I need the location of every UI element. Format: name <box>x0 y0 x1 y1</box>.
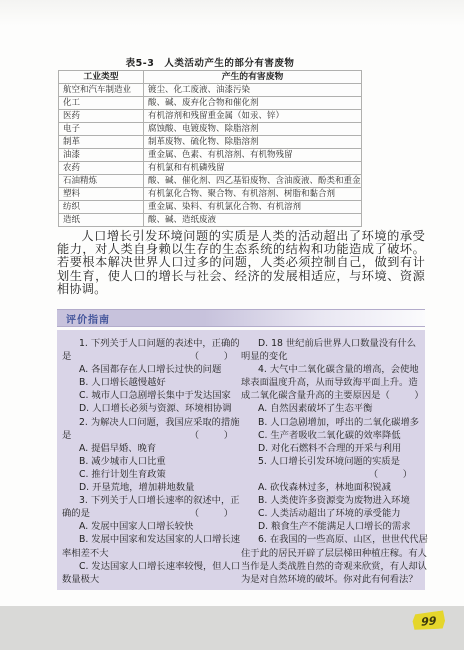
table-row: 农药有机氯和有机磷残留 <box>59 162 362 175</box>
question-line: D. 开垦荒地，增加耕地数量 <box>62 481 241 494</box>
question-text: 5. 人口增长引发环境问题的实质是 <box>241 455 400 468</box>
waste-cell: 腐蚀酸、电镀废物、除脂溶剂 <box>144 123 362 136</box>
question-text: D. 对化石燃料不合理的开采与利用 <box>241 442 401 455</box>
question-text: B. 人类使许多资源变为废物进入环境 <box>241 494 410 507</box>
questions-col-right: D. 18 世纪前后世界人口数量没有什么明显的变化4. 大气中二氧化碳含量的增高… <box>241 337 420 590</box>
table-caption: 表5-3 人类活动产生的部分有害废物 <box>58 55 362 69</box>
question-line: B. 人口急剧增加，呼出的二氧化碳增多 <box>241 416 420 429</box>
table-row: 石油精炼酸、碱、催化剂、四乙基铅废物、含油废液、酚类和重金属 <box>59 175 362 188</box>
page-number: 99 <box>421 614 436 629</box>
question-text: 6. 在我国的一些高原、山区，世世代代居 <box>241 533 428 546</box>
question-line: C. 城市人口急剧增长集中于发达国家 <box>62 389 241 402</box>
question-line: B. 人口增长越慢越好 <box>62 376 241 389</box>
question-text: C. 人类活动超出了环境的承受能力 <box>241 507 401 520</box>
question-text: B. 发展中国家和发达国家的人口增长速 <box>62 533 240 546</box>
question-line: 率相差不大 <box>62 547 241 560</box>
answer-bracket: （ ） <box>190 429 235 442</box>
table-row: 纺织重金属、染料、有机氯化合物、有机溶剂 <box>59 201 362 214</box>
question-line: （ ） <box>241 468 420 481</box>
question-line: C. 生产者吸收二氧化碳的效率降低 <box>241 429 420 442</box>
question-line: C. 人类活动超出了环境的承受能力 <box>241 507 420 520</box>
question-text: 明显的变化 <box>241 350 288 363</box>
question-line: 6. 在我国的一些高原、山区，世世代代居 <box>241 533 420 546</box>
question-text: 确的是 <box>62 507 90 520</box>
industry-cell: 石油精炼 <box>59 175 144 188</box>
industry-cell: 油漆 <box>59 149 144 162</box>
waste-cell: 酸、碱、催化剂、四乙基铅废物、含油废液、酚类和重金属 <box>144 175 362 188</box>
question-text: 成二氧化碳含量升高的主要原因是 <box>241 389 380 402</box>
question-line: D. 粮食生产不能满足人口增长的需求 <box>241 520 420 533</box>
question-line: 住于此的居民开辟了层层梯田种植庄稼。有人 <box>241 547 420 560</box>
assessment-panel: 1. 下列关于人口问题的表述中，正确的是（ ）A. 各国都存在人口增长过快的问题… <box>57 330 425 590</box>
table-row: 化工酸、碱、废弃化合物和催化剂 <box>59 97 362 110</box>
industry-cell: 制革 <box>59 136 144 149</box>
question-text: 当作是人类战胜自然的奇观来欣赏，有人却认 <box>241 560 427 573</box>
question-line: B. 减少城市人口比重 <box>62 455 241 468</box>
question-line: 明显的变化 <box>241 350 420 363</box>
question-line: 当作是人类战胜自然的奇观来欣赏，有人却认 <box>241 560 420 573</box>
question-line: D. 18 世纪前后世界人口数量没有什么 <box>241 337 420 350</box>
question-text: 1. 下列关于人口问题的表述中，正确的 <box>62 337 240 350</box>
book-page: 表5-3 人类活动产生的部分有害废物 工业类型 产生的有害废物 航空和汽车制造业… <box>0 0 464 650</box>
question-text: C. 生产者吸收二氧化碳的效率降低 <box>241 429 401 442</box>
question-line: 是（ ） <box>62 429 241 442</box>
question-line: C. 发达国家人口增长速率较慢，但人口 <box>62 560 241 573</box>
question-line: B. 发展中国家和发达国家的人口增长速 <box>62 533 241 546</box>
question-line: 2. 为解决人口问题，我国应采取的措施 <box>62 416 241 429</box>
table-header-row: 工业类型 产生的有害废物 <box>59 71 362 84</box>
answer-bracket: （ ） <box>369 468 414 481</box>
question-line: 4. 大气中二氧化碳含量的增高，会使地 <box>241 363 420 376</box>
industry-cell: 农药 <box>59 162 144 175</box>
question-line: 数量极大 <box>62 573 241 586</box>
waste-cell: 有机氯化合物、聚合物、有机溶剂、树脂和黏合剂 <box>144 188 362 201</box>
question-line: A. 发展中国家人口增长较快 <box>62 520 241 533</box>
waste-cell: 有机氯和有机磷残留 <box>144 162 362 175</box>
waste-cell: 重金属、色素、有机溶剂、有机物残留 <box>144 149 362 162</box>
question-text: B. 人口急剧增加，呼出的二氧化碳增多 <box>241 416 419 429</box>
question-line: A. 各国都存在人口增长过快的问题 <box>62 363 241 376</box>
question-text: A. 提倡早婚、晚育 <box>62 442 156 455</box>
table-row: 油漆重金属、色素、有机溶剂、有机物残留 <box>59 149 362 162</box>
table-row: 医药有机溶剂和残留重金属（如汞、锌） <box>59 110 362 123</box>
question-line: D. 对化石燃料不合理的开采与利用 <box>241 442 420 455</box>
table-row: 制革制革废物、硫化物、除脂溶剂 <box>59 136 362 149</box>
question-text: C. 发达国家人口增长速率较慢，但人口 <box>62 560 240 573</box>
answer-bracket: （ ） <box>380 389 425 402</box>
question-line: 3. 下列关于人口增长速率的叙述中，正 <box>62 494 241 507</box>
question-line: 确的是（ ） <box>62 507 241 520</box>
waste-cell: 酸、碱、废弃化合物和催化剂 <box>144 97 362 110</box>
table-row: 造纸酸、碱、造纸废液 <box>59 214 362 227</box>
table-row: 电子腐蚀酸、电镀废物、除脂溶剂 <box>59 123 362 136</box>
waste-table-body: 航空和汽车制造业镀尘、化工废液、油漆污染化工酸、碱、废弃化合物和催化剂医药有机溶… <box>59 84 362 227</box>
intro-paragraph: 人口增长引发环境问题的实质是人类的活动超出了环境的承受能力，对人类自身赖以生存的… <box>57 230 425 296</box>
industry-col-header: 工业类型 <box>59 71 144 84</box>
question-line: 球表面温度升高，从而导致海平面上升。造 <box>241 376 420 389</box>
industry-cell: 航空和汽车制造业 <box>59 84 144 97</box>
industry-cell: 塑料 <box>59 188 144 201</box>
waste-col-header: 产生的有害废物 <box>144 71 362 84</box>
industry-cell: 医药 <box>59 110 144 123</box>
question-line: 1. 下列关于人口问题的表述中，正确的 <box>62 337 241 350</box>
question-text: 数量极大 <box>62 573 99 586</box>
question-text: 2. 为解决人口问题，我国应采取的措施 <box>62 416 240 429</box>
industry-cell: 化工 <box>59 97 144 110</box>
footer-band: 99 <box>0 606 464 650</box>
question-text: B. 人口增长越慢越好 <box>62 376 166 389</box>
waste-cell: 制革废物、硫化物、除脂溶剂 <box>144 136 362 149</box>
question-text: 为是对自然环境的破坏。你对此有何看法？ <box>241 573 418 586</box>
question-text: 球表面温度升高，从而导致海平面上升。造 <box>241 376 418 389</box>
industry-cell: 纺织 <box>59 201 144 214</box>
waste-cell: 酸、碱、造纸废液 <box>144 214 362 227</box>
section-band: 评价指南 <box>57 309 425 327</box>
waste-cell: 重金属、染料、有机氯化合物、有机溶剂 <box>144 201 362 214</box>
question-text: D. 开垦荒地，增加耕地数量 <box>62 481 194 494</box>
question-line: B. 人类使许多资源变为废物进入环境 <box>241 494 420 507</box>
question-text: A. 各国都存在人口增长过快的问题 <box>62 363 221 376</box>
question-text: A. 发展中国家人口增长较快 <box>62 520 193 533</box>
question-line: 成二氧化碳含量升高的主要原因是（ ） <box>241 389 420 402</box>
question-line: 5. 人口增长引发环境问题的实质是 <box>241 455 420 468</box>
harmful-waste-table: 工业类型 产生的有害废物 航空和汽车制造业镀尘、化工废液、油漆污染化工酸、碱、废… <box>58 70 362 227</box>
question-text: A. 自然因素破坏了生态平衡 <box>241 402 372 415</box>
question-text: A. 砍伐森林过多，林地面积锐减 <box>241 481 391 494</box>
question-text: B. 减少城市人口比重 <box>62 455 166 468</box>
question-text: 率相差不大 <box>62 547 109 560</box>
question-line: C. 推行计划生育政策 <box>62 468 241 481</box>
table-row: 航空和汽车制造业镀尘、化工废液、油漆污染 <box>59 84 362 97</box>
answer-bracket: （ ） <box>190 507 235 520</box>
question-line: 是（ ） <box>62 350 241 363</box>
question-text: C. 城市人口急剧增长集中于发达国家 <box>62 389 231 402</box>
page-number-badge: 99 <box>411 610 446 631</box>
question-line: D. 人口增长必须与资源、环境相协调 <box>62 402 241 415</box>
questions-col-left: 1. 下列关于人口问题的表述中，正确的是（ ）A. 各国都存在人口增长过快的问题… <box>62 337 241 590</box>
question-text: D. 18 世纪前后世界人口数量没有什么 <box>241 337 416 350</box>
question-text: D. 人口增长必须与资源、环境相协调 <box>62 402 232 415</box>
industry-cell: 电子 <box>59 123 144 136</box>
question-text: 是 <box>62 350 71 363</box>
answer-bracket: （ ） <box>190 350 235 363</box>
question-line: A. 提倡早婚、晚育 <box>62 442 241 455</box>
question-line: A. 自然因素破坏了生态平衡 <box>241 402 420 415</box>
question-text: 住于此的居民开辟了层层梯田种植庄稼。有人 <box>241 547 427 560</box>
question-line: 为是对自然环境的破坏。你对此有何看法？ <box>241 573 420 586</box>
question-text: 4. 大气中二氧化碳含量的增高，会使地 <box>241 363 419 376</box>
waste-cell: 有机溶剂和残留重金属（如汞、锌） <box>144 110 362 123</box>
waste-cell: 镀尘、化工废液、油漆污染 <box>144 84 362 97</box>
question-line: A. 砍伐森林过多，林地面积锐减 <box>241 481 420 494</box>
question-text: 3. 下列关于人口增长速率的叙述中，正 <box>62 494 240 507</box>
question-text: 是 <box>62 429 71 442</box>
industry-cell: 造纸 <box>59 214 144 227</box>
section-title: 评价指南 <box>57 311 110 326</box>
question-text: C. 推行计划生育政策 <box>62 468 166 481</box>
question-text: D. 粮食生产不能满足人口增长的需求 <box>241 520 411 533</box>
table-row: 塑料有机氯化合物、聚合物、有机溶剂、树脂和黏合剂 <box>59 188 362 201</box>
